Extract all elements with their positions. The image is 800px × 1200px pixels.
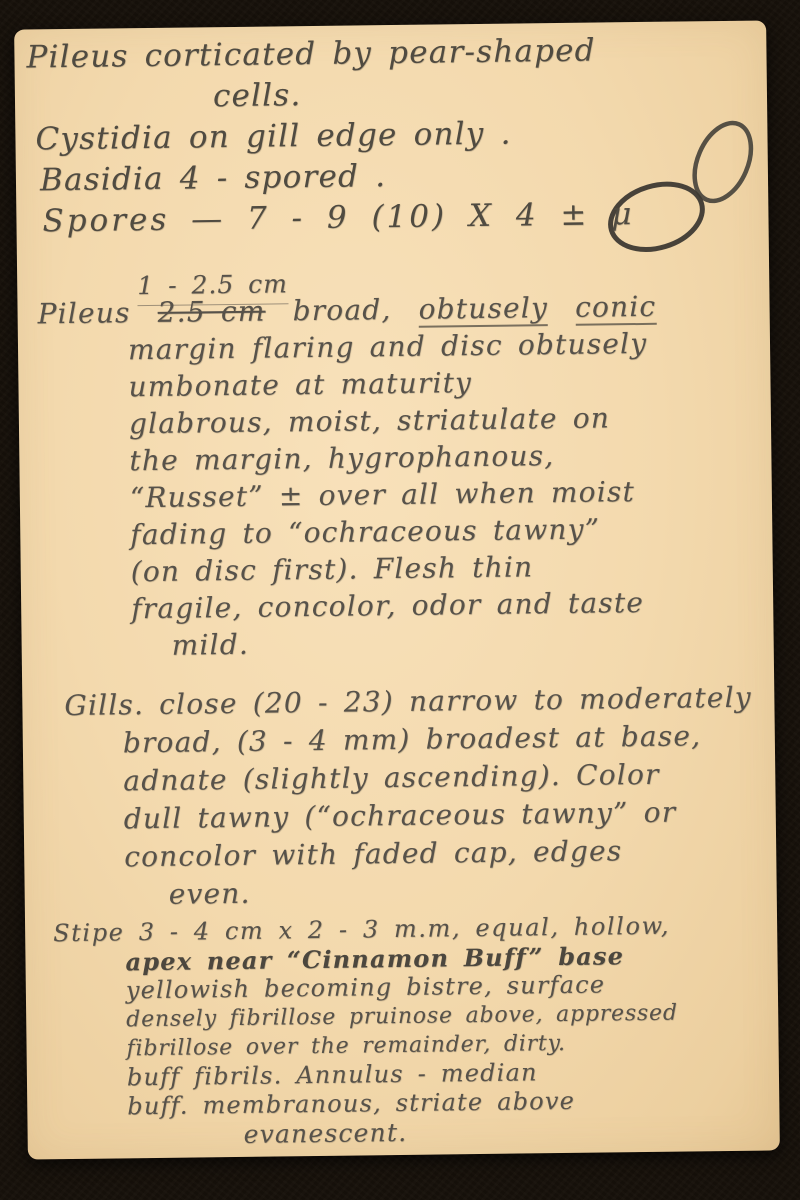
underlined-text: obtusely — [418, 291, 548, 328]
handwritten-line: fragile, concolor, odor and taste — [33, 584, 672, 629]
stipe-paragraph: Stipe 3 - 4 cm x 2 - 3 m.m, equal, hollo… — [37, 912, 679, 1152]
handwritten-line: mild. — [33, 621, 672, 666]
handwritten-line: Pileus corticated by pear-shaped — [24, 30, 632, 78]
handwritten-line: 1 - 2.5 cm Pileus 2.5 cm broad, obtusely… — [29, 288, 668, 333]
handwritten-line: margin flaring and disc obtusely — [30, 325, 669, 370]
pileus-paragraph: 1 - 2.5 cm Pileus 2.5 cm broad, obtusely… — [29, 288, 672, 666]
gills-paragraph: Gills. close (20 - 23) narrow to moderat… — [34, 679, 754, 916]
handwritten-line: fading to “ochraceous tawny” — [32, 510, 671, 555]
underlined-text: conic — [575, 290, 657, 326]
header-notes: Pileus corticated by pear-shaped cells. … — [24, 30, 634, 242]
inserted-correction: 1 - 2.5 cm — [137, 265, 288, 306]
note-card: Pileus corticated by pear-shaped cells. … — [14, 20, 780, 1159]
handwritten-text: broad, — [292, 293, 391, 327]
handwritten-line: glabrous, moist, striatulate on — [31, 399, 670, 444]
handwritten-line: Spores — 7 - 9 (10) X 4 ± μ — [26, 194, 634, 242]
handwritten-text: Pileus — [37, 296, 130, 330]
